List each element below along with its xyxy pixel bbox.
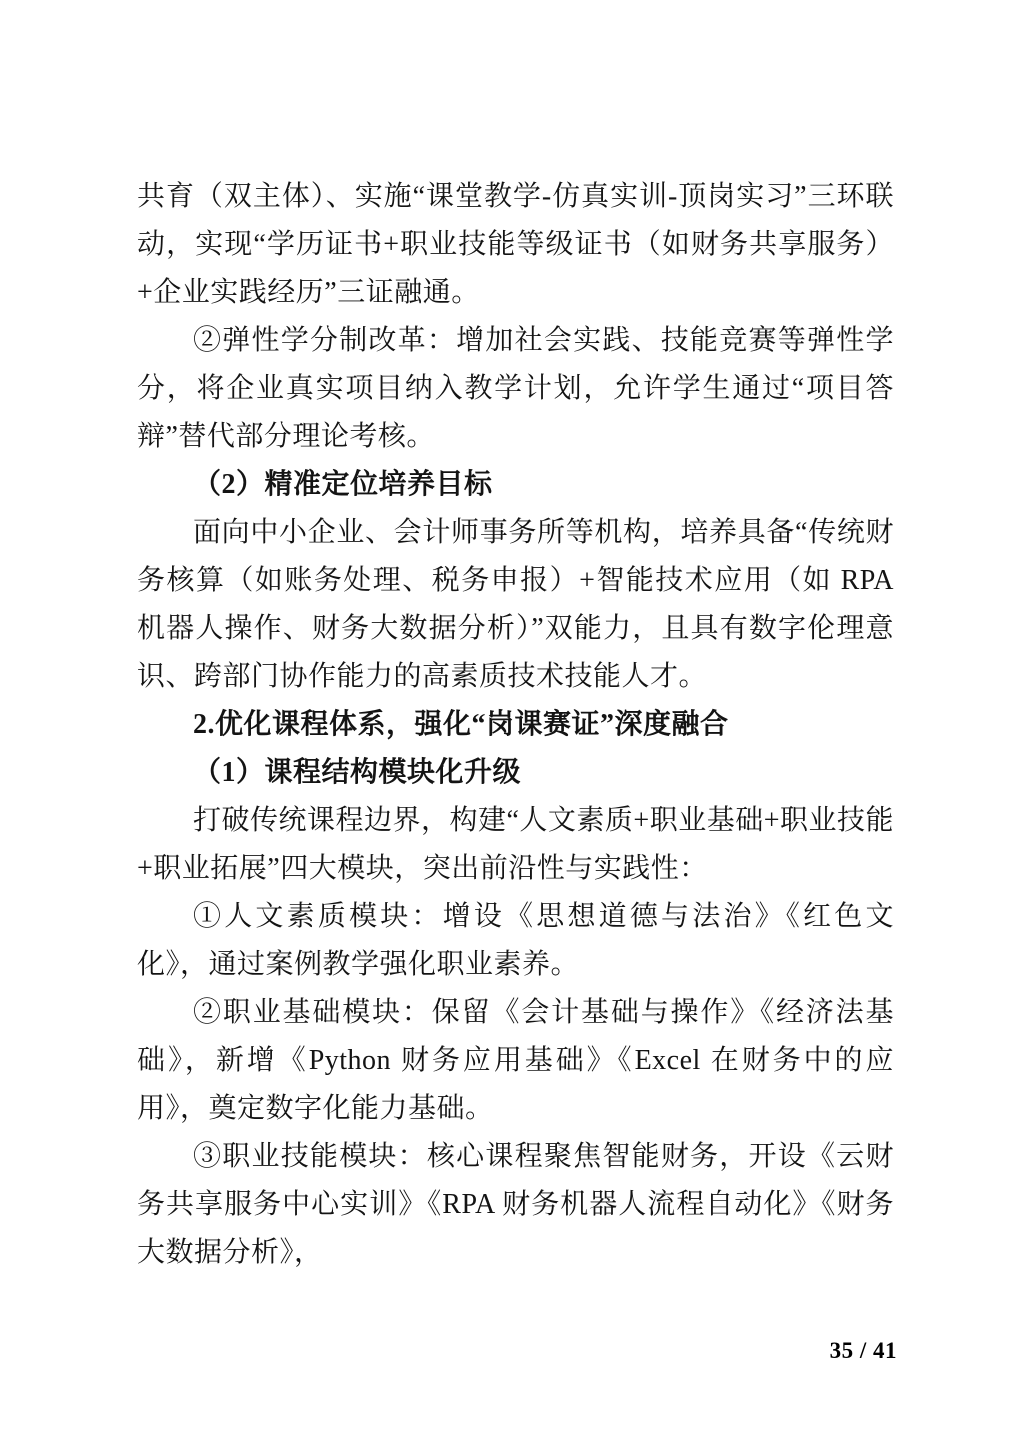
page-number: 35 / 41 — [830, 1338, 897, 1364]
document-page: 共育（双主体）、实施“课堂教学-仿真实训-顶岗实习”三环联动，实现“学历证书+职… — [0, 0, 1024, 1448]
section-heading: （2）精准定位培养目标 — [137, 461, 894, 509]
document-text-block: 共育（双主体）、实施“课堂教学-仿真实训-顶岗实习”三环联动，实现“学历证书+职… — [137, 173, 894, 1277]
paragraph: 打破传统课程边界，构建“人文素质+职业基础+职业技能+职业拓展”四大模块，突出前… — [137, 797, 894, 893]
paragraph: ①人文素质模块：增设《思想道德与法治》《红色文化》，通过案例教学强化职业素养。 — [137, 893, 894, 989]
paragraph: ③职业技能模块：核心课程聚焦智能财务，开设《云财务共享服务中心实训》《RPA 财… — [137, 1133, 894, 1277]
section-heading: 2.优化课程体系，强化“岗课赛证”深度融合 — [137, 701, 894, 749]
paragraph: 面向中小企业、会计师事务所等机构，培养具备“传统财务核算（如账务处理、税务申报）… — [137, 509, 894, 701]
paragraph: ②弹性学分制改革：增加社会实践、技能竞赛等弹性学分，将企业真实项目纳入教学计划，… — [137, 317, 894, 461]
paragraph: 共育（双主体）、实施“课堂教学-仿真实训-顶岗实习”三环联动，实现“学历证书+职… — [137, 173, 894, 317]
paragraph: ②职业基础模块：保留《会计基础与操作》《经济法基础》，新增《Python 财务应… — [137, 989, 894, 1133]
section-heading: （1）课程结构模块化升级 — [137, 749, 894, 797]
